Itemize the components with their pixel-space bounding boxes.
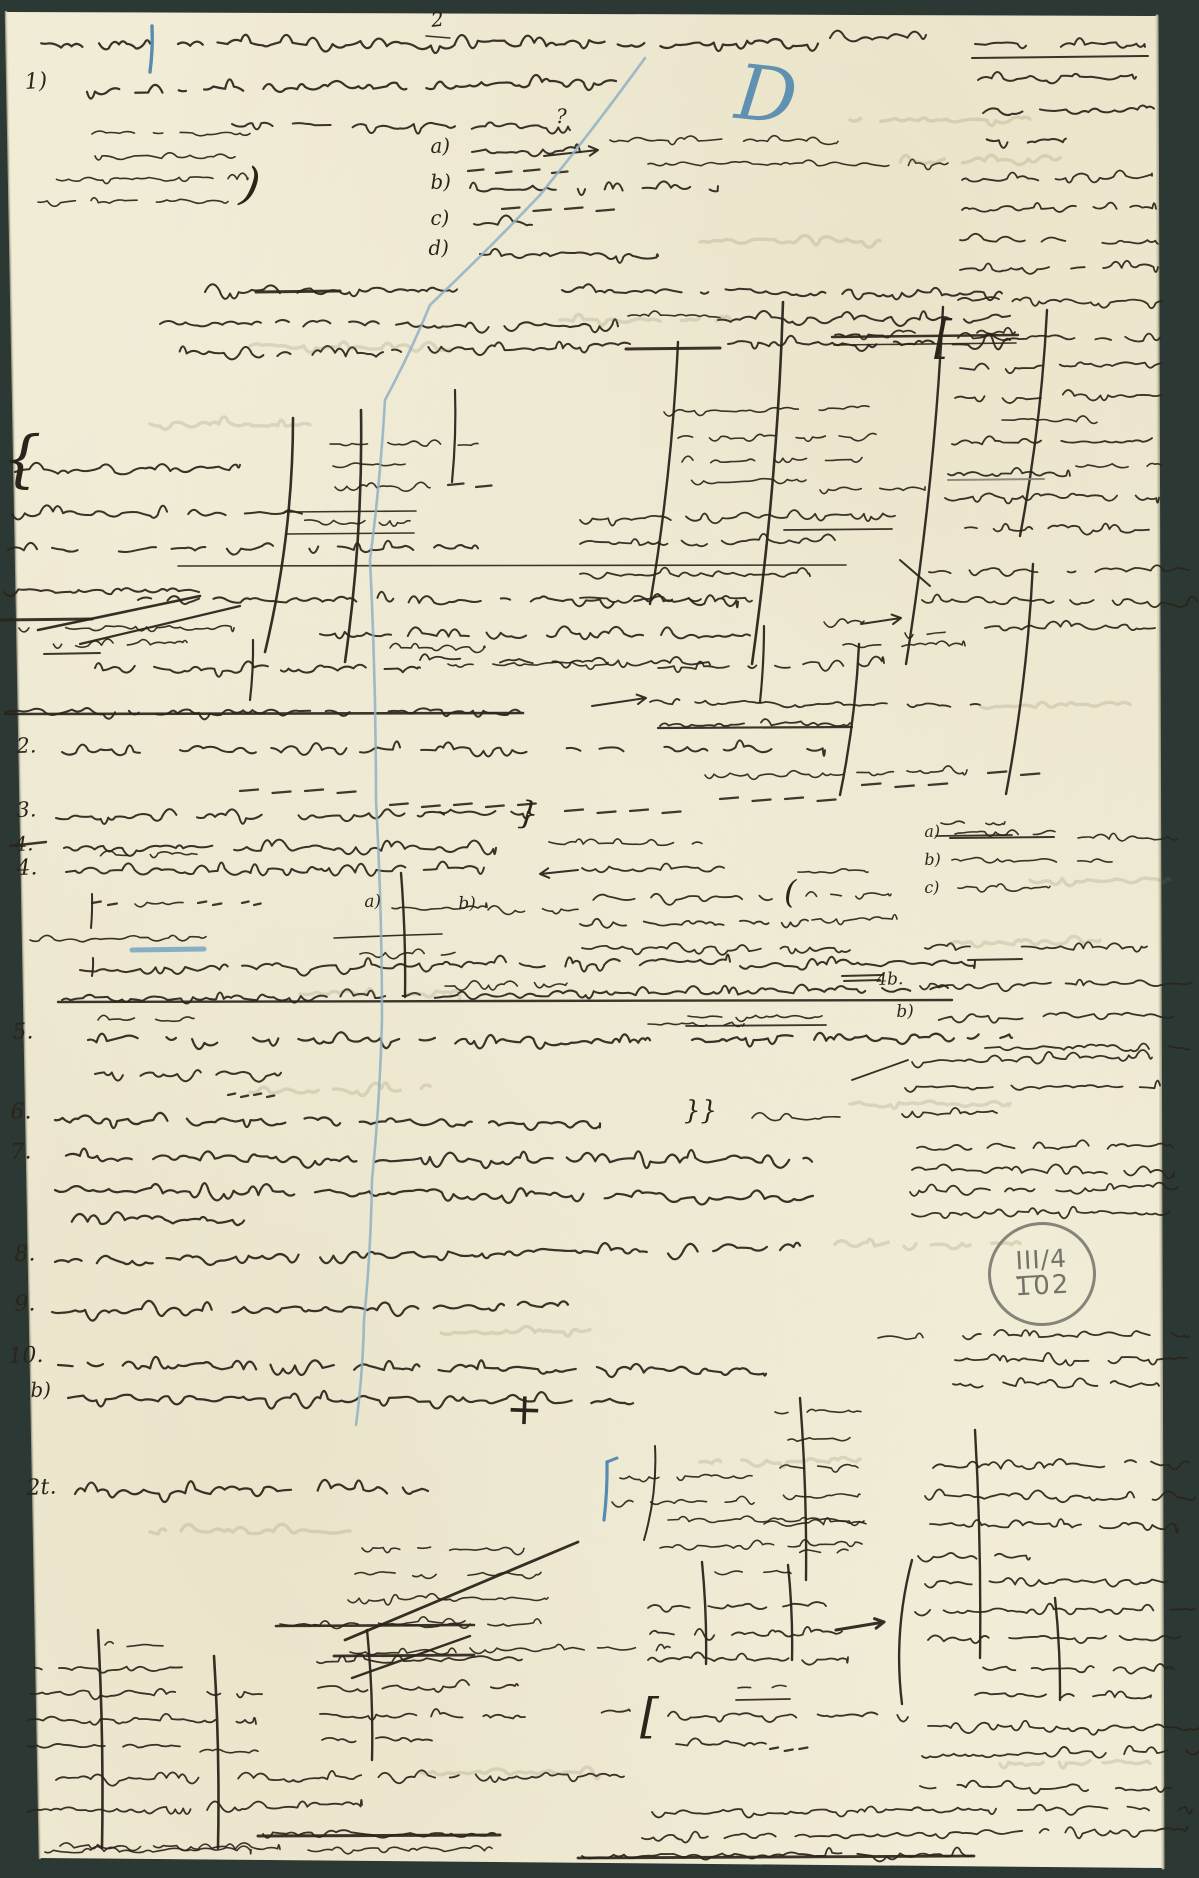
list-number-9: 9. <box>14 1293 36 1316</box>
sublist-b-item10: b) <box>30 1379 51 1400</box>
list-number-6: 6. <box>10 1101 32 1124</box>
blue-editor-letter: D <box>732 47 802 142</box>
brace-right-small: } <box>517 796 541 830</box>
paren-annotation: ( <box>784 876 796 908</box>
list-number-4-struck: 4. <box>14 833 34 854</box>
list-number-4: 4. <box>16 857 38 880</box>
sublist-c: c) <box>430 207 450 228</box>
note-4b-b: b) <box>896 1003 914 1021</box>
list-number-8: 8. <box>14 1243 36 1266</box>
question-mark: ? <box>556 106 567 126</box>
list-number-10: 10. <box>8 1345 44 1368</box>
note-4b: 4b. <box>876 971 904 989</box>
superscript-2: 2 <box>430 9 445 30</box>
section-2-marker: 2t. <box>26 1476 57 1500</box>
sublist-a-inline: a) <box>364 893 381 911</box>
manuscript-scan: 21)a)b)c)d){)?2.3.4.4.5.6.7.8.9.10.b)a)b… <box>0 0 1199 1878</box>
list-number-7: 7. <box>10 1141 32 1164</box>
bracket-bottom: [ <box>640 1692 659 1740</box>
sublist-b-inline: b) <box>458 895 476 913</box>
vorrat-c: c) <box>924 879 940 896</box>
sublist-d: d) <box>428 237 449 258</box>
list-number-3: 3. <box>16 799 37 821</box>
vorrat-a: a) <box>924 823 940 840</box>
list-number-2: 2. <box>16 735 37 757</box>
list-number-1: 1) <box>24 70 48 94</box>
bracket-right-column: [ <box>934 314 952 360</box>
stamp-number: 102 <box>1014 1272 1071 1302</box>
list-number-5: 5. <box>12 1021 34 1044</box>
plus-mark: + <box>505 1383 544 1435</box>
sublist-a: a) <box>430 135 450 156</box>
sublist-b: b) <box>430 171 451 192</box>
brace-left: { <box>2 428 41 490</box>
legible-labels-layer: 21)a)b)c)d){)?2.3.4.4.5.6.7.8.9.10.b)a)b… <box>0 0 1199 1878</box>
double-brace: }} <box>684 1098 717 1124</box>
margin-paren: ) <box>238 160 264 208</box>
vorrat-b: b) <box>924 851 941 868</box>
